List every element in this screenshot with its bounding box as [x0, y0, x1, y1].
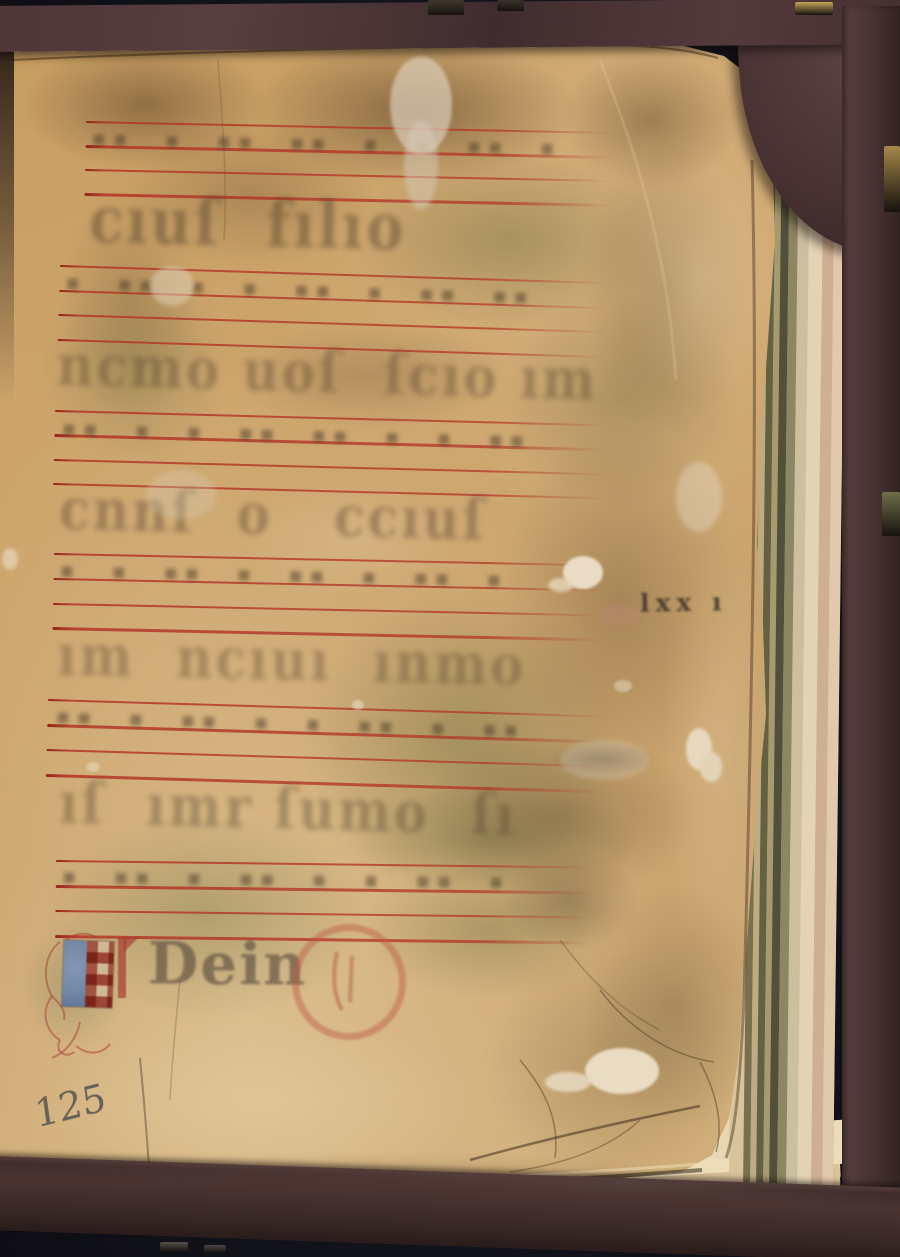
- clasp-fitting: [884, 146, 900, 212]
- clasp-fitting: [497, 0, 524, 11]
- clasp-fitting: [795, 2, 833, 15]
- clasp-fitting: [428, 0, 464, 15]
- clasp-fitting: [160, 1242, 188, 1252]
- clasp-fitting: [882, 492, 900, 536]
- manuscript-photo: cıuſ fılıoncmo uoſ ſcıo ımcnnſ o ccıuſım…: [0, 0, 900, 1257]
- clasp-fitting: [204, 1245, 226, 1253]
- clasp-hardware: [0, 0, 900, 1257]
